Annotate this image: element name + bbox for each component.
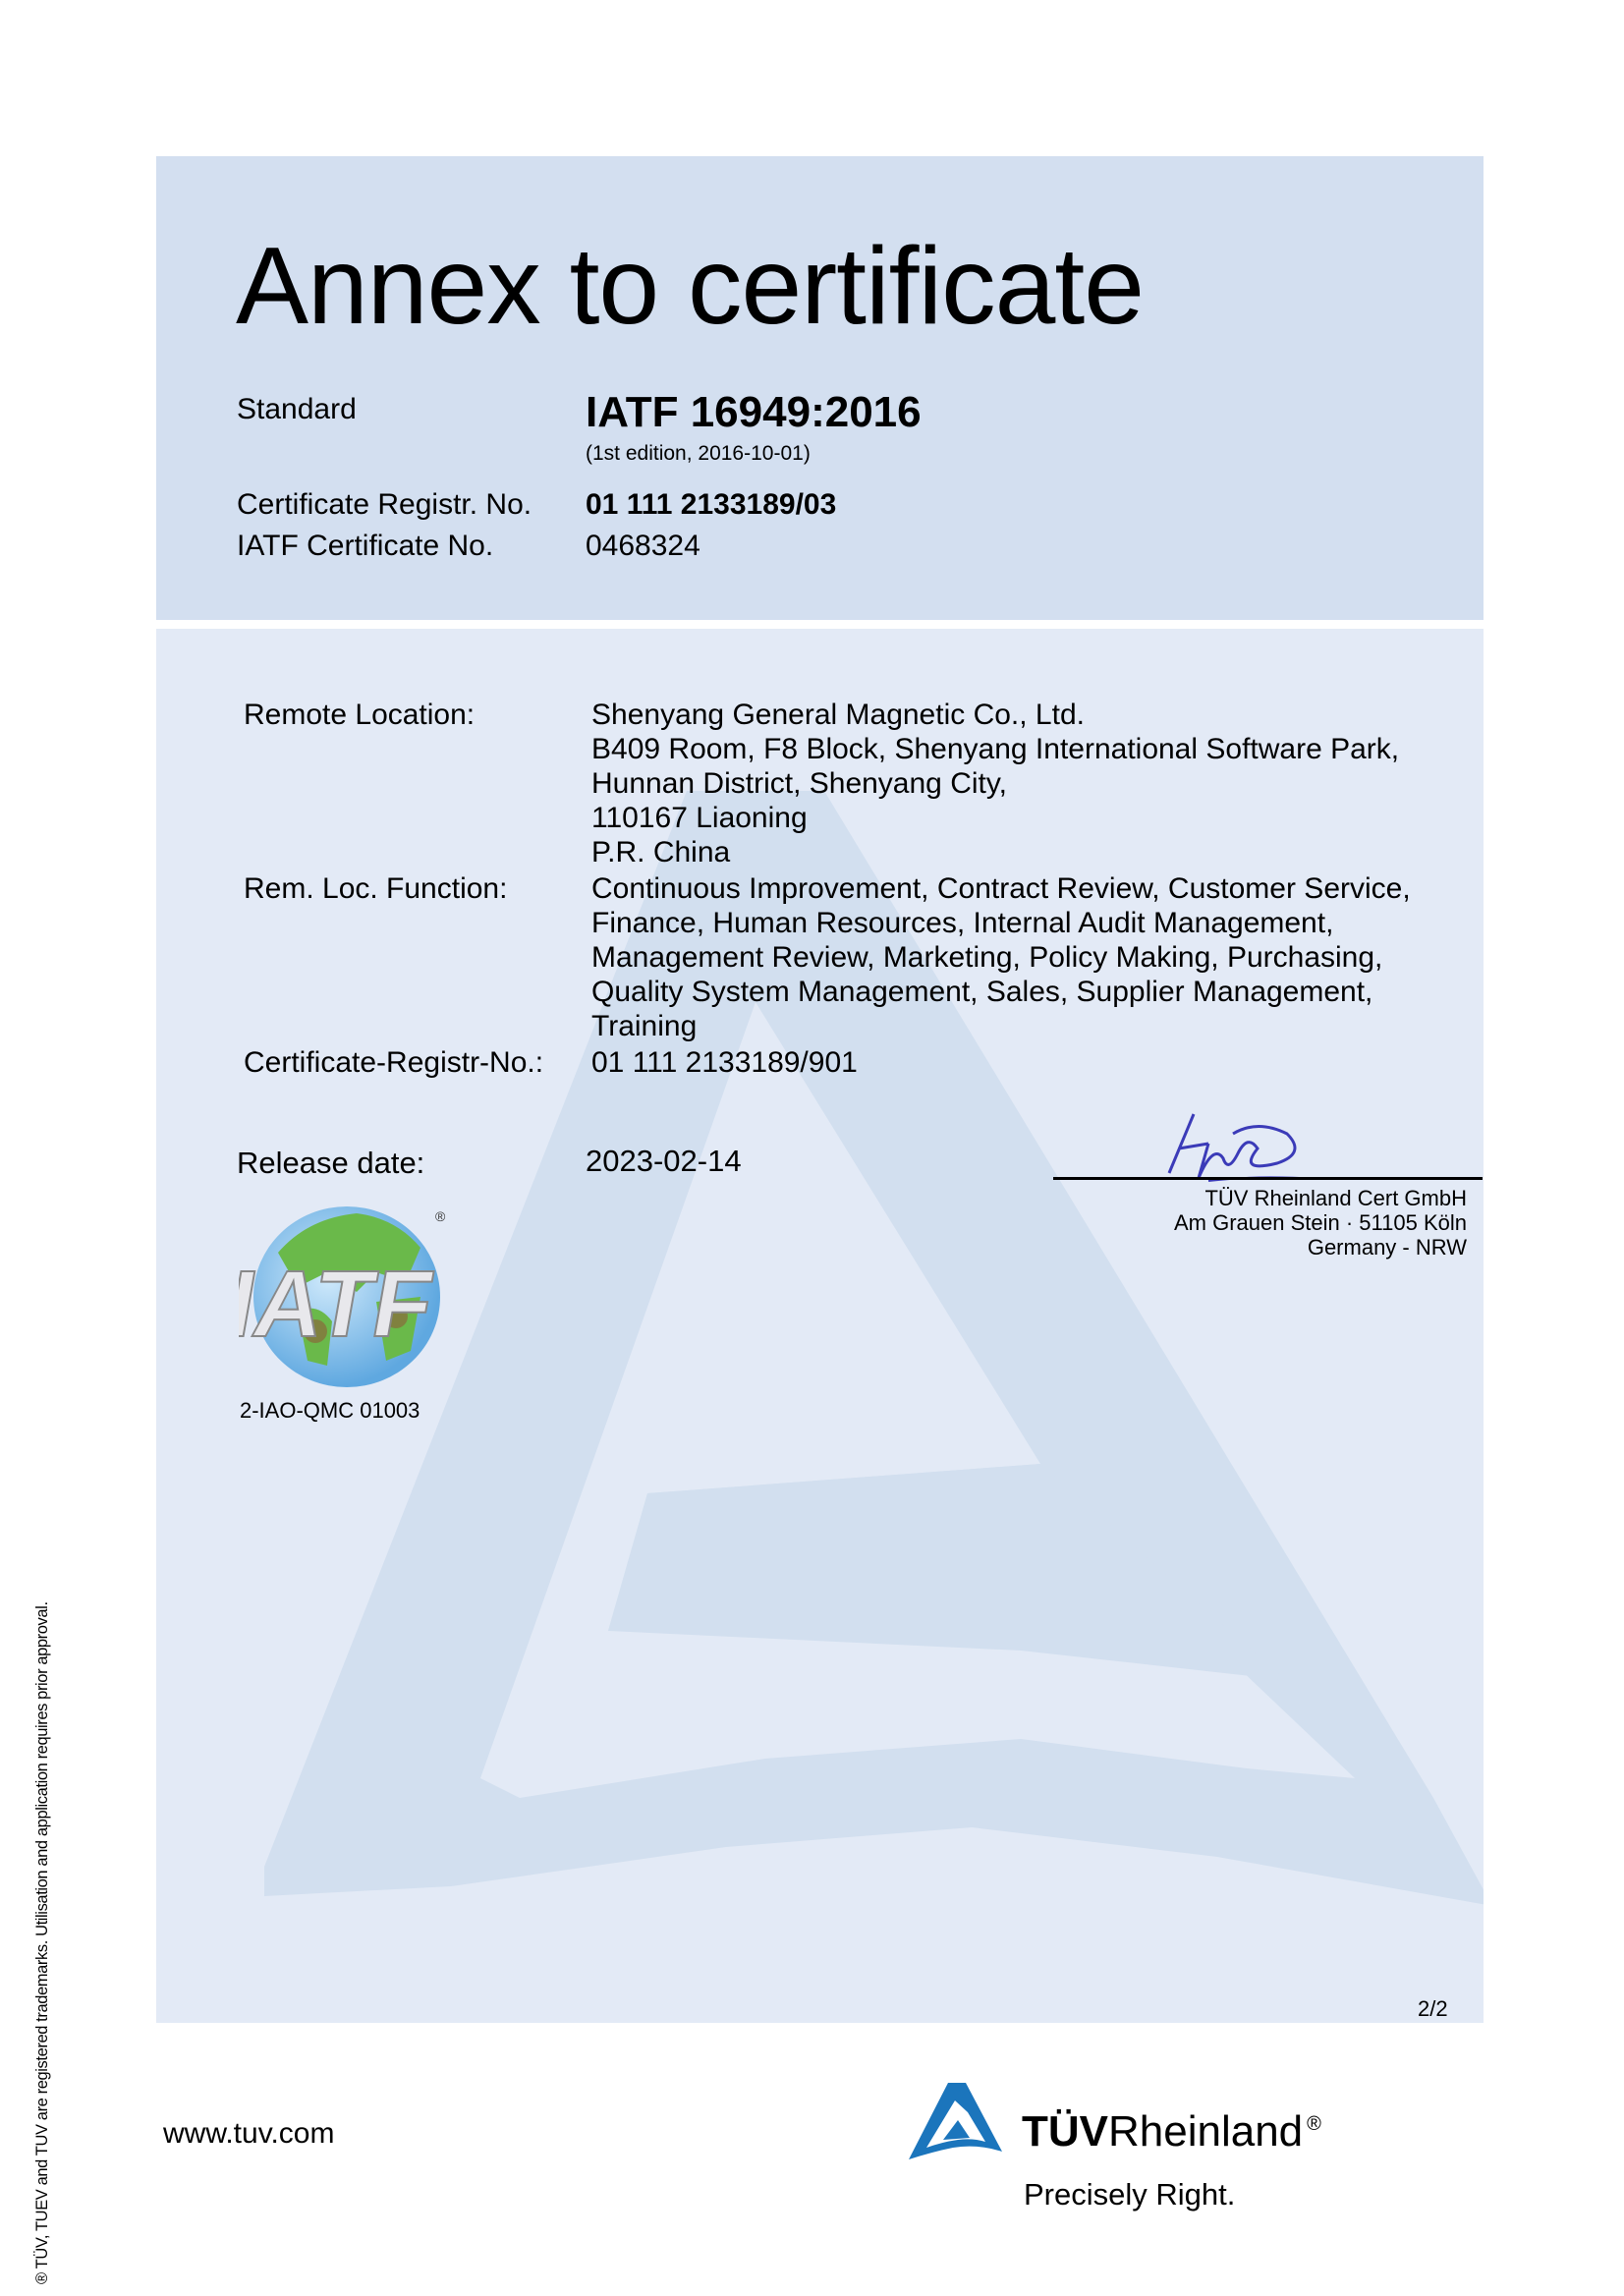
svg-text:®: ® (435, 1208, 446, 1224)
sub-cert-label: Certificate-Registr-No.: (244, 1045, 543, 1080)
standard-label: Standard (237, 395, 357, 424)
registered-mark: ® (1307, 2113, 1321, 2135)
release-date-value: 2023-02-14 (586, 1144, 742, 1179)
cert-registr-value: 01 111 2133189/03 (586, 490, 836, 520)
address-line: B409 Room, F8 Block, Shenyang Internatio… (591, 732, 1399, 766)
function-list: Continuous Improvement, Contract Review,… (591, 871, 1411, 1043)
function-line: Quality System Management, Sales, Suppli… (591, 975, 1411, 1009)
iatf-code: 2-IAO-QMC 01003 (240, 1398, 420, 1424)
release-date-label: Release date: (237, 1146, 424, 1181)
function-line: Finance, Human Resources, Internal Audit… (591, 906, 1411, 940)
address-line: Shenyang General Magnetic Co., Ltd. (591, 698, 1399, 732)
tuv-brand-regular: Rheinland (1108, 2107, 1303, 2156)
page-number: 2/2 (1418, 1996, 1448, 2022)
issuer-address: TÜV Rheinland Cert GmbH Am Grauen Stein … (1174, 1186, 1467, 1260)
issuer-line: Germany - NRW (1174, 1235, 1467, 1260)
trademark-notice: ® TÜV, TUEV and TUV are registered trade… (33, 1601, 52, 2284)
tuv-brand-bold: TÜV (1022, 2107, 1108, 2156)
address-line: 110167 Liaoning (591, 801, 1399, 835)
cert-registr-label: Certificate Registr. No. (237, 490, 532, 520)
remote-location-label: Remote Location: (244, 698, 475, 732)
website-link[interactable]: www.tuv.com (163, 2117, 334, 2151)
tuv-triangle-logo-icon (909, 2083, 1002, 2161)
function-line: Management Review, Marketing, Policy Mak… (591, 940, 1411, 975)
iatf-logo-text: IATF (239, 1251, 441, 1357)
issuer-line: TÜV Rheinland Cert GmbH (1174, 1186, 1467, 1210)
signature-line (1053, 1177, 1483, 1180)
tuv-tagline: Precisely Right. (1024, 2177, 1235, 2212)
iatf-globe-logo: IATF ® (239, 1194, 455, 1390)
address-line: P.R. China (591, 835, 1399, 869)
sub-cert-value: 01 111 2133189/901 (591, 1045, 858, 1080)
function-line: Continuous Improvement, Contract Review,… (591, 871, 1411, 906)
function-label: Rem. Loc. Function: (244, 871, 507, 906)
address-line: Hunnan District, Shenyang City, (591, 766, 1399, 801)
iatf-cert-label: IATF Certificate No. (237, 532, 493, 561)
standard-edition: (1st edition, 2016-10-01) (586, 443, 811, 464)
function-line: Training (591, 1009, 1411, 1043)
iatf-cert-value: 0468324 (586, 532, 700, 561)
issuer-line: Am Grauen Stein · 51105 Köln (1174, 1210, 1467, 1235)
remote-location-address: Shenyang General Magnetic Co., Ltd. B409… (591, 698, 1399, 869)
standard-value: IATF 16949:2016 (586, 391, 922, 434)
tuv-brand: TÜVRheinland® (1022, 2110, 1321, 2154)
page-title: Annex to certificate (236, 232, 1144, 341)
